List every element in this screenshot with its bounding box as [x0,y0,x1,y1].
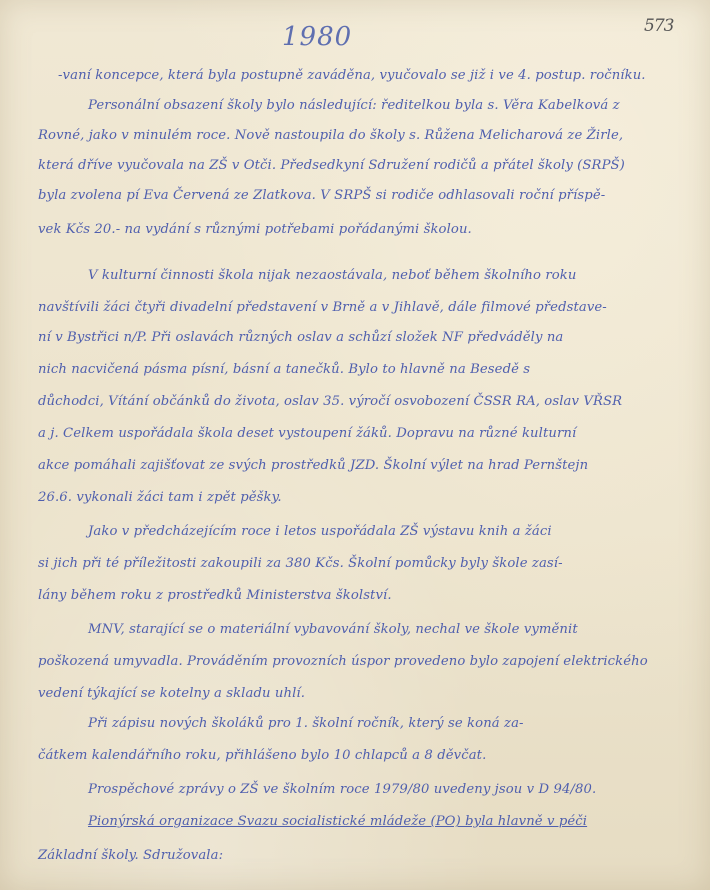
text-line: si jich při té příležitosti zakoupili za… [38,556,563,571]
text-line: důchodci, Vítání občánků do života, osla… [38,394,622,409]
text-line: lány během roku z prostředků Ministerstv… [38,588,392,603]
text-line: Personální obsazení školy bylo následují… [88,98,620,113]
text-line: byla zvolena pí Eva Červená ze Zlatkova.… [38,188,605,203]
text-line: MNV, starající se o materiální vybavován… [88,622,578,637]
text-line: nich nacvičená pásma písní, básní a tane… [38,362,530,377]
text-line-underlined: Pionýrská organizace Svazu socialistické… [88,814,587,829]
text-line: Základní školy. Sdružovala: [38,848,223,863]
page-number: 573 [644,16,673,36]
text-line: čátkem kalendářního roku, přihlášeno byl… [38,748,486,763]
text-line: vedení týkající se kotelny a skladu uhlí… [38,686,305,701]
text-line: navštívili žáci čtyři divadelní představ… [38,300,607,315]
text-line: a j. Celkem uspořádala škola deset vysto… [38,426,576,441]
manuscript-page: 1980 573 -vaní koncepce, která byla post… [0,0,710,890]
text-line: poškozená umyvadla. Prováděním provozníc… [38,654,648,669]
text-line: 26.6. vykonali žáci tam i zpět pěšky. [38,490,282,505]
text-line: -vaní koncepce, která byla postupně zavá… [58,68,646,83]
text-line: ní v Bystřici n/P. Při oslavách různých … [38,330,563,345]
year-heading: 1980 [282,22,352,52]
text-line: Jako v předcházejícím roce i letos uspoř… [88,524,552,539]
text-line: akce pomáhali zajišťovat ze svých prostř… [38,458,588,473]
text-line: Prospěchové zprávy o ZŠ ve školním roce … [88,782,596,797]
text-line: vek Kčs 20.- na vydání s různými potřeba… [38,222,472,237]
text-line: V kulturní činnosti škola nijak nezaostá… [88,268,576,283]
text-line: Rovné, jako v minulém roce. Nově nastoup… [38,128,623,143]
text-line: která dříve vyučovala na ZŠ v Otči. Před… [38,158,625,173]
text-line: Při zápisu nových školáků pro 1. školní … [88,716,524,731]
